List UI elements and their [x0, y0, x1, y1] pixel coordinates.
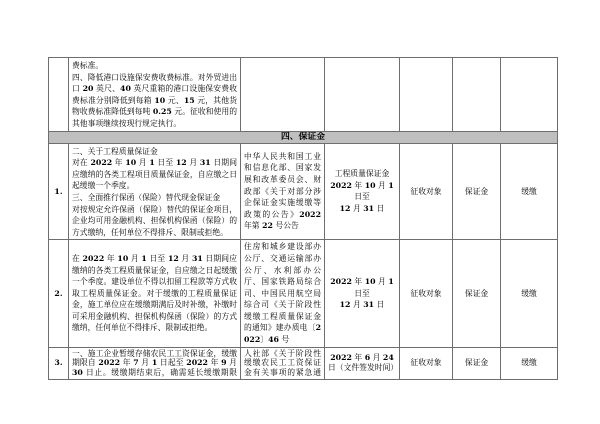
effective-date-cell: 工程质量保证金 2022 年 10 月 1 日至 12 月 31 日	[325, 143, 400, 240]
policy-content-cell: 二、关于工程质量保证金 对在 2022 年 10 月 1 日至 12 月 31 …	[69, 143, 241, 240]
row-number-cell: 3.	[49, 347, 69, 379]
measure-cell: 缓缴	[501, 347, 558, 379]
guarantee-policy-table: 费标准。 四、降低港口设施保安费收费标准。对外贸进出口 20 英尺、40 英尺重…	[48, 57, 558, 380]
effective-date-cell	[325, 58, 400, 132]
table-row: 1. 二、关于工程质量保证金 对在 2022 年 10 月 1 日至 12 月 …	[49, 143, 558, 240]
clipped-text: 一、施工企业暂缓存储农民工工资保证金，缓缴期限自 2022 年 7 月 1 日起…	[72, 349, 237, 378]
levy-object-cell: 征收对象	[400, 240, 453, 347]
table-row: 3. 一、施工企业暂缓存储农民工工资保证金，缓缴期限自 2022 年 7 月 1…	[49, 347, 558, 379]
measure-cell: 缓缴	[501, 240, 558, 347]
effective-date-cell: 2022 年 10 月 1 日至 12 月 31 日	[325, 240, 400, 347]
document-page: 费标准。 四、降低港口设施保安费收费标准。对外贸进出口 20 英尺、40 英尺重…	[0, 0, 600, 424]
source-document-cell: 中华人民共和国工业和信息化部、国家发展和改革委员会、财政部《关于对部分涉企保证金…	[241, 143, 325, 240]
row-number-cell: 1.	[49, 143, 69, 240]
fee-type-cell: 保证金	[453, 240, 501, 347]
source-document-cell	[241, 58, 325, 132]
fee-type-cell: 保证金	[453, 347, 501, 379]
table-row: 2. 在 2022 年 10 月 1 日至 12 月 31 日期间应缴纳的各类工…	[49, 240, 558, 347]
source-document-cell: 住房和城乡建设部办公厅、交通运输部办公厅、水利部办公厅、国家铁路局综合司、中国民…	[241, 240, 325, 347]
policy-content-cell: 在 2022 年 10 月 1 日至 12 月 31 日期间应缴纳的各类工程质量…	[69, 240, 241, 347]
section-header-row: 四、保证金	[49, 131, 558, 143]
measure-cell: 缓缴	[501, 143, 558, 240]
source-document-cell: 人社部《关于阶段性缓缴农民工工资保证金有关事项的紧急通知》人	[241, 347, 325, 379]
measure-cell	[501, 58, 558, 132]
levy-object-cell: 征收对象	[400, 347, 453, 379]
clipped-text: 人社部《关于阶段性缓缴农民工工资保证金有关事项的紧急通知》人	[244, 349, 321, 378]
policy-content-cell: 费标准。 四、降低港口设施保安费收费标准。对外贸进出口 20 英尺、40 英尺重…	[69, 58, 241, 132]
levy-object-cell: 征收对象	[400, 143, 453, 240]
table-row-continuation: 费标准。 四、降低港口设施保安费收费标准。对外贸进出口 20 英尺、40 英尺重…	[49, 58, 558, 132]
row-number-cell	[49, 58, 69, 132]
row-number-cell: 2.	[49, 240, 69, 347]
section-header-label: 四、保证金	[49, 131, 558, 143]
levy-object-cell	[400, 58, 453, 132]
fee-type-cell	[453, 58, 501, 132]
effective-date-cell: 2022 年 6 月 24 日（文件签发时间）	[325, 347, 400, 379]
fee-type-cell: 保证金	[453, 143, 501, 240]
policy-content-cell: 一、施工企业暂缓存储农民工工资保证金，缓缴期限自 2022 年 7 月 1 日起…	[69, 347, 241, 379]
